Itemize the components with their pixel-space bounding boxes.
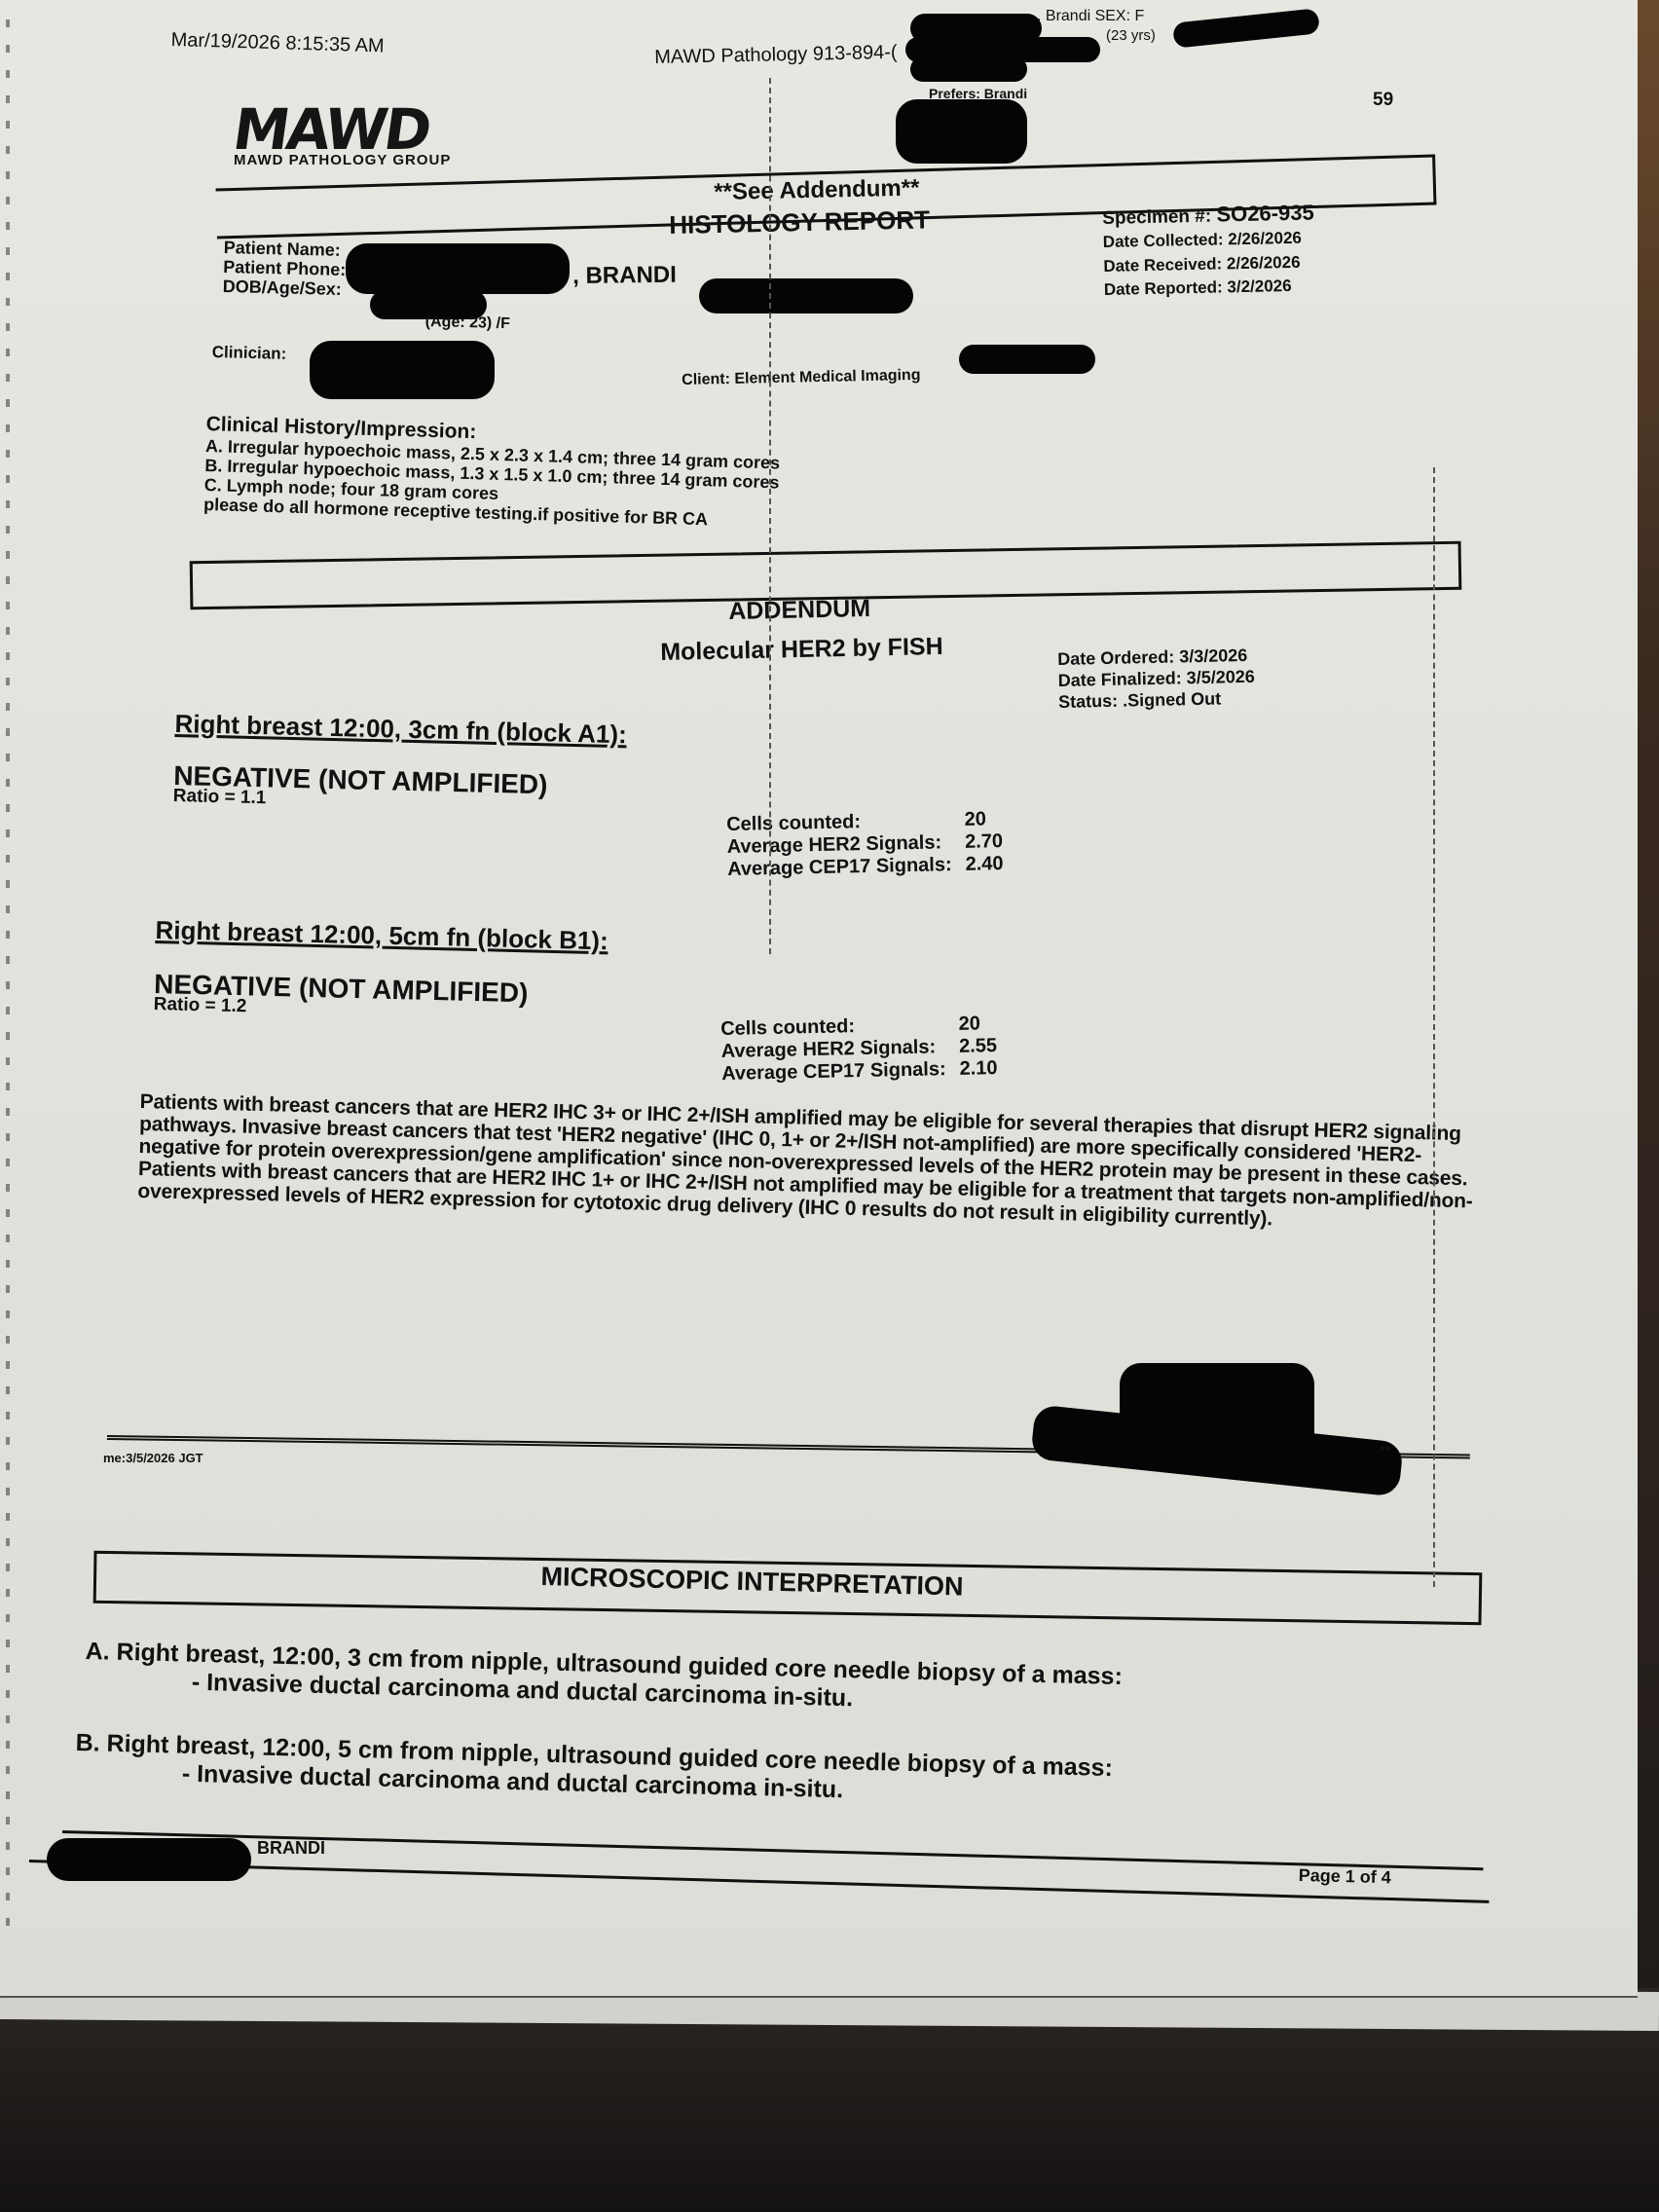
signature-suffix: ** — [1381, 1443, 1390, 1457]
date-collected: 2/26/2026 — [1228, 229, 1302, 249]
date-received: 2/26/2026 — [1227, 253, 1301, 274]
clinician-label: Clinician: — [212, 343, 287, 364]
block-b1: Right breast 12:00, 5cm fn (block B1): N… — [153, 915, 608, 1026]
fold-line — [769, 78, 771, 954]
redaction — [346, 243, 570, 294]
fax-age: (23 yrs) — [1106, 27, 1156, 44]
block-b1-metrics: Cells counted:20 Average HER2 Signals:2.… — [720, 1013, 1012, 1086]
metric-label: Average CEP17 Signals: — [721, 1058, 960, 1086]
fax-sender: MAWD Pathology 913-894-( — [654, 42, 898, 69]
microscopic-item-a: A. Right breast, 12:00, 3 cm from nipple… — [85, 1638, 1124, 1719]
redaction — [910, 56, 1027, 82]
metric-value: 2.10 — [959, 1057, 1011, 1081]
metric-value: 20 — [964, 808, 1015, 831]
metric-value: 2.40 — [965, 853, 1016, 876]
specimen-number: SO26-935 — [1216, 200, 1314, 226]
block-a1: Right breast 12:00, 3cm fn (block A1): N… — [173, 709, 628, 818]
report-page: Mar/19/2026 8:15:35 AM MAWD Pathology 91… — [0, 0, 1638, 1996]
fax-page-number: 59 — [1373, 90, 1393, 111]
redaction — [896, 99, 1027, 164]
block-heading: Right breast 12:00, 5cm fn (block B1): — [155, 915, 608, 956]
redaction — [1172, 8, 1320, 49]
clinical-history: Clinical History/Impression: A. Irregula… — [203, 413, 781, 531]
metric-label: Average CEP17 Signals: — [727, 854, 966, 881]
patient-name: , BRANDI — [572, 262, 677, 290]
metric-value: 20 — [958, 1013, 1010, 1036]
fold-line — [1433, 467, 1435, 1587]
page-indicator: Page 1 of 4 — [1298, 1865, 1391, 1888]
specimen-number-label: Specimen #: — [1102, 206, 1211, 229]
date-reported-row: Date Reported: 3/2/2026 — [1104, 276, 1316, 300]
addendum-test-name: Molecular HER2 by FISH — [660, 633, 943, 667]
redaction — [47, 1838, 251, 1881]
date-reported: 3/2/2026 — [1227, 276, 1292, 296]
block-heading: Right breast 12:00, 3cm fn (block A1): — [174, 709, 627, 750]
her2-interpretive-note: Patients with breast cancers that are HE… — [137, 1090, 1483, 1235]
redaction — [699, 278, 913, 313]
addendum-dates: Date Ordered: 3/3/2026 Date Finalized: 3… — [1057, 645, 1255, 713]
patient-labels: Patient Name: Patient Phone: DOB/Age/Sex… — [223, 238, 347, 299]
metric-value: 2.55 — [959, 1035, 1011, 1058]
signoff-initials: me:3/5/2026 JGT — [103, 1451, 203, 1465]
page-edge — [0, 1996, 1638, 1998]
redaction — [959, 345, 1095, 374]
metric-value: 2.70 — [965, 830, 1016, 854]
addendum-status: Status: .Signed Out — [1058, 687, 1256, 713]
fax-patient-sex: , Brandi SEX: F — [1037, 8, 1144, 25]
date-reported-label: Date Reported: — [1104, 277, 1223, 299]
redaction — [310, 341, 495, 399]
metric-row: Average CEP17 Signals:2.10 — [721, 1057, 1012, 1086]
date-finalized: Date Finalized: 3/5/2026 — [1057, 666, 1255, 691]
logo-mark: MAWD — [230, 105, 454, 154]
see-addendum-note: **See Addendum** — [714, 175, 920, 206]
patient-dob-label: DOB/Age/Sex: — [223, 276, 346, 299]
report-title: HISTOLOGY REPORT — [669, 204, 930, 240]
addendum-title: ADDENDUM — [728, 595, 870, 626]
date-collected-label: Date Collected: — [1103, 230, 1224, 251]
patient-dob: (Age: 23) /F — [425, 313, 511, 333]
footer-patient: BRANDI — [257, 1838, 325, 1859]
perforation-edge — [6, 19, 10, 1928]
microscopic-item-b: B. Right breast, 12:00, 5 cm from nipple… — [75, 1729, 1114, 1811]
date-received-label: Date Received: — [1103, 254, 1222, 276]
mawd-logo: MAWD MAWD PATHOLOGY GROUP — [234, 105, 451, 168]
specimen-info: Specimen #: SO26-935 Date Collected: 2/2… — [1102, 200, 1316, 300]
fax-timestamp: Mar/19/2026 8:15:35 AM — [170, 29, 385, 57]
client-name: Client: Element Medical Imaging — [682, 367, 921, 389]
